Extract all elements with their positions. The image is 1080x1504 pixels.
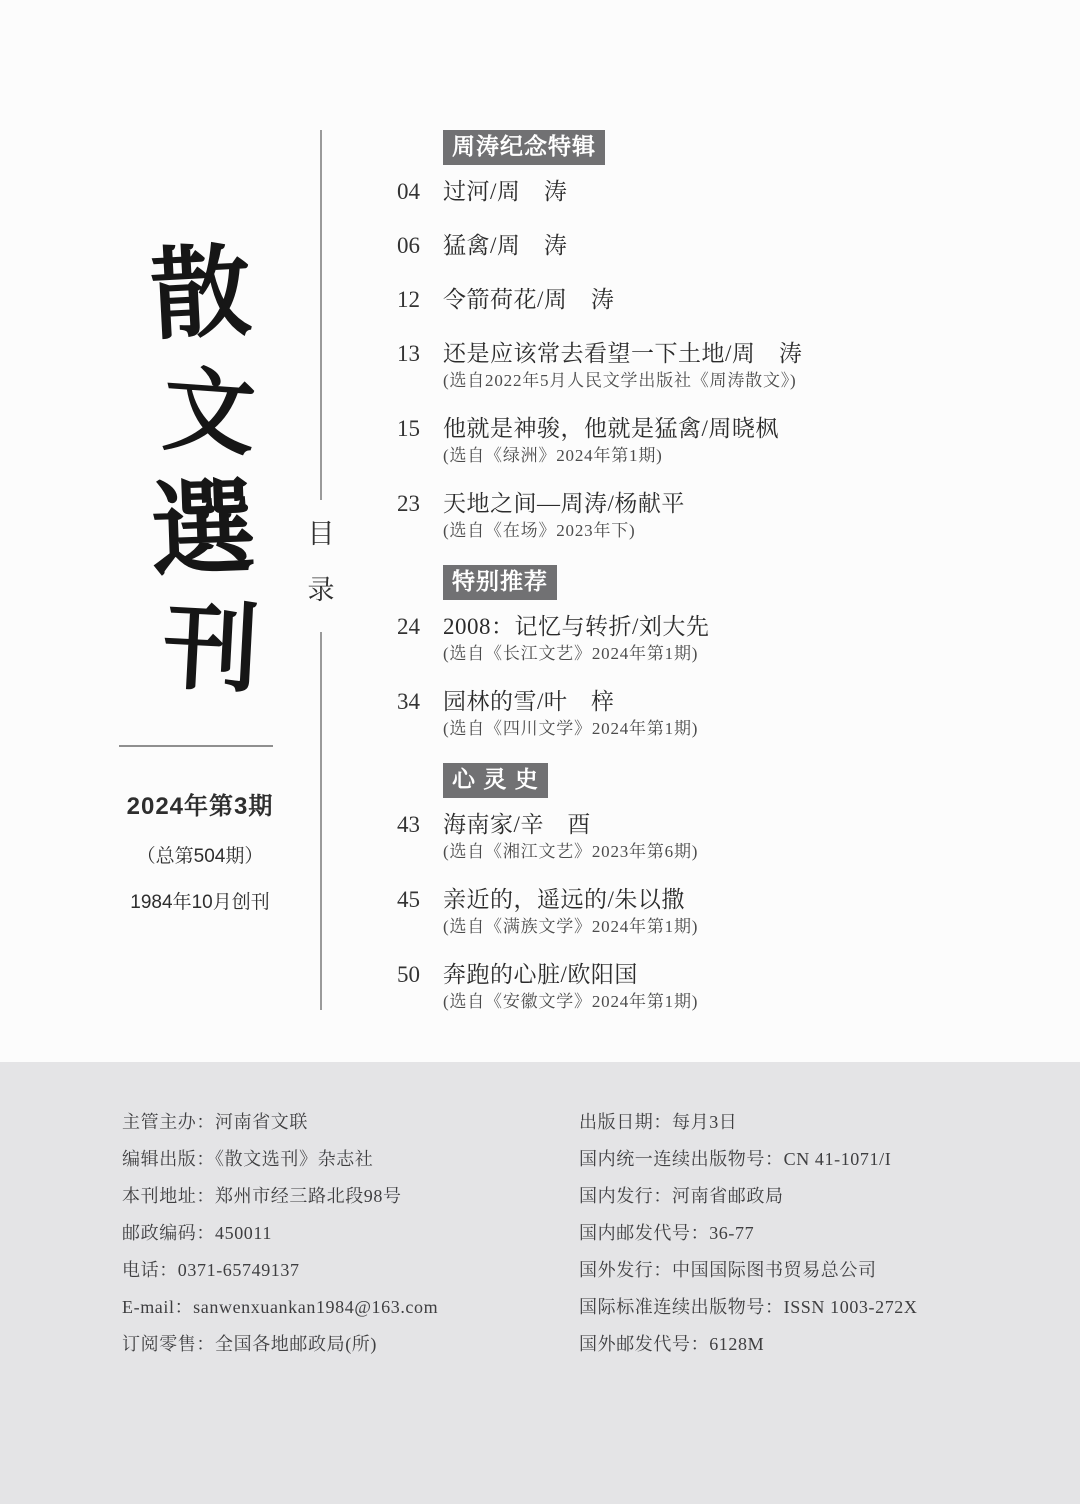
entry-page-number: 23 bbox=[397, 490, 443, 518]
toc-entry: 24 2008：记忆与转折/刘大先 (选自《长江文艺》2024年第1期) bbox=[397, 613, 997, 664]
colophon-line-pubdate: 出版日期：每月3日 bbox=[579, 1104, 918, 1141]
entry-source-note: (选自《满族文学》2024年第1期) bbox=[443, 916, 698, 937]
entry-title: 亲近的，遥远的/朱以撒 bbox=[443, 886, 698, 914]
colophon-line-domestic-postal-code: 国内邮发代号：36-77 bbox=[579, 1215, 918, 1252]
entry-title: 猛禽/周 涛 bbox=[443, 232, 567, 260]
colophon-line-foreign-postal-code: 国外邮发代号：6128M bbox=[579, 1326, 918, 1363]
colophon-line-phone: 电话：0371-65749137 bbox=[122, 1252, 438, 1289]
toc-label-char: 录 bbox=[305, 574, 337, 606]
masthead-char: 文 bbox=[129, 354, 289, 473]
vertical-rule-top bbox=[320, 130, 322, 500]
magazine-toc-page: 散 文 選 刊 2024年第3期 （总第504期） 1984年10月创刊 目 录… bbox=[0, 0, 1080, 1504]
entry-title: 他就是神骏，他就是猛禽/周晓枫 bbox=[443, 415, 779, 443]
magazine-masthead: 散 文 選 刊 bbox=[116, 236, 282, 708]
entry-source-note: (选自《四川文学》2024年第1期) bbox=[443, 718, 698, 739]
masthead-char: 刊 bbox=[128, 589, 293, 710]
entry-page-number: 45 bbox=[397, 886, 443, 914]
entry-page-number: 06 bbox=[397, 232, 443, 260]
entry-source-note: (选自《湘江文艺》2023年第6期) bbox=[443, 841, 698, 862]
colophon-line-issn: 国际标准连续出版物号：ISSN 1003-272X bbox=[579, 1289, 918, 1326]
masthead-divider bbox=[119, 745, 273, 747]
toc-entry: 23 天地之间—周涛/杨献平 (选自《在场》2023年下) bbox=[397, 490, 997, 541]
toc-entry: 06 猛禽/周 涛 bbox=[397, 232, 997, 260]
toc-entry: 15 他就是神骏，他就是猛禽/周晓枫 (选自《绿洲》2024年第1期) bbox=[397, 415, 997, 466]
section-badge-soul-history: 心 灵 史 bbox=[443, 763, 548, 798]
toc-entry: 12 令箭荷花/周 涛 bbox=[397, 286, 997, 314]
entry-page-number: 50 bbox=[397, 961, 443, 989]
entry-title: 海南家/辛 酉 bbox=[443, 811, 698, 839]
toc-entry: 45 亲近的，遥远的/朱以撒 (选自《满族文学》2024年第1期) bbox=[397, 886, 997, 937]
table-of-contents: 周涛纪念特辑 04 过河/周 涛 06 猛禽/周 涛 12 令箭荷花/周 涛 1… bbox=[397, 130, 997, 1036]
masthead-char: 選 bbox=[115, 467, 292, 596]
entry-title: 2008：记忆与转折/刘大先 bbox=[443, 613, 709, 641]
entry-title: 过河/周 涛 bbox=[443, 178, 567, 206]
entry-title: 令箭荷花/周 涛 bbox=[443, 286, 614, 314]
colophon-line-retail: 订阅零售：全国各地邮政局(所) bbox=[122, 1326, 438, 1363]
colophon-line-address: 本刊地址：郑州市经三路北段98号 bbox=[122, 1178, 438, 1215]
entry-page-number: 12 bbox=[397, 286, 443, 314]
entry-title: 奔跑的心脏/欧阳国 bbox=[443, 961, 698, 989]
entry-source-note: (选自《绿洲》2024年第1期) bbox=[443, 445, 779, 466]
colophon-line-email: E-mail：sanwenxuankan1984@163.com bbox=[122, 1289, 438, 1326]
entry-page-number: 04 bbox=[397, 178, 443, 206]
entry-page-number: 15 bbox=[397, 415, 443, 443]
entry-source-note: (选自《安徽文学》2024年第1期) bbox=[443, 991, 698, 1012]
entry-page-number: 43 bbox=[397, 811, 443, 839]
colophon: 主管主办：河南省文联 编辑出版：《散文选刊》杂志社 本刊地址：郑州市经三路北段9… bbox=[0, 1062, 1080, 1504]
toc-entry: 43 海南家/辛 酉 (选自《湘江文艺》2023年第6期) bbox=[397, 811, 997, 862]
issue-founded-date: 1984年10月创刊 bbox=[90, 887, 310, 914]
colophon-right-column: 出版日期：每月3日 国内统一连续出版物号：CN 41-1071/I 国内发行：河… bbox=[579, 1104, 918, 1363]
toc-label: 目 录 bbox=[305, 518, 337, 606]
entry-title: 天地之间—周涛/杨献平 bbox=[443, 490, 685, 518]
section-badge-memorial: 周涛纪念特辑 bbox=[443, 130, 605, 165]
entry-title: 还是应该常去看望一下土地/周 涛 bbox=[443, 340, 802, 368]
colophon-line-supervisor: 主管主办：河南省文联 bbox=[122, 1104, 438, 1141]
section-badge-recommend: 特别推荐 bbox=[443, 565, 557, 600]
entry-source-note: (选自《在场》2023年下) bbox=[443, 520, 685, 541]
colophon-line-cn-number: 国内统一连续出版物号：CN 41-1071/I bbox=[579, 1141, 918, 1178]
entry-page-number: 13 bbox=[397, 340, 443, 368]
colophon-line-foreign-distribution: 国外发行：中国国际图书贸易总公司 bbox=[579, 1252, 918, 1289]
masthead-char: 散 bbox=[115, 232, 287, 359]
entry-page-number: 34 bbox=[397, 688, 443, 716]
entry-source-note: (选自2022年5月人民文学出版社《周涛散文》) bbox=[443, 370, 802, 391]
toc-entry: 13 还是应该常去看望一下土地/周 涛 (选自2022年5月人民文学出版社《周涛… bbox=[397, 340, 997, 391]
issue-cumulative-number: （总第504期） bbox=[90, 841, 310, 868]
issue-number: 2024年第3期 bbox=[90, 786, 310, 821]
issue-info: 2024年第3期 （总第504期） 1984年10月创刊 bbox=[90, 786, 310, 914]
vertical-rule-bottom bbox=[320, 632, 322, 1010]
entry-title: 园林的雪/叶 梓 bbox=[443, 688, 698, 716]
toc-entry: 50 奔跑的心脏/欧阳国 (选自《安徽文学》2024年第1期) bbox=[397, 961, 997, 1012]
colophon-line-domestic-distribution: 国内发行：河南省邮政局 bbox=[579, 1178, 918, 1215]
colophon-left-column: 主管主办：河南省文联 编辑出版：《散文选刊》杂志社 本刊地址：郑州市经三路北段9… bbox=[122, 1104, 438, 1363]
toc-entry: 04 过河/周 涛 bbox=[397, 178, 997, 206]
toc-label-char: 目 bbox=[305, 518, 337, 550]
colophon-line-publisher: 编辑出版：《散文选刊》杂志社 bbox=[122, 1141, 438, 1178]
entry-page-number: 24 bbox=[397, 613, 443, 641]
entry-source-note: (选自《长江文艺》2024年第1期) bbox=[443, 643, 709, 664]
toc-entry: 34 园林的雪/叶 梓 (选自《四川文学》2024年第1期) bbox=[397, 688, 997, 739]
colophon-line-postcode: 邮政编码：450011 bbox=[122, 1215, 438, 1252]
